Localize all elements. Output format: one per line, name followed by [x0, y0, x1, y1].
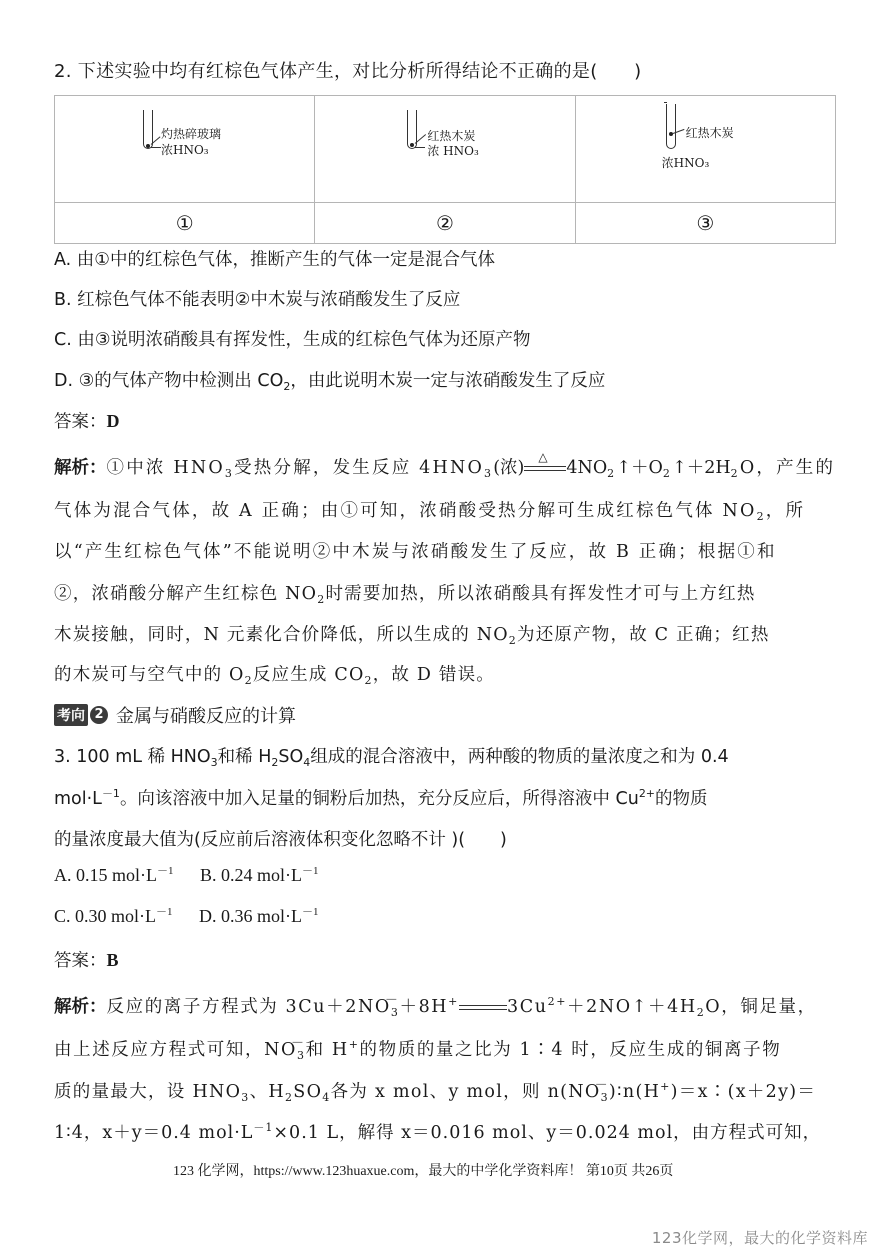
- experiment-figure-3: 红热木炭 浓HNO₃: [575, 96, 835, 203]
- page-footer: 123 化学网，https://www.123huaxue.com，最大的中学化…: [173, 1160, 673, 1180]
- option-a: A. 由①中的红棕色气体，推断产生的气体一定是混合气体: [54, 246, 495, 271]
- question-3-line-1: 3. 100 mL 稀 HNO3和稀 H2SO4组成的混合溶液中，两种酸的物质的…: [54, 743, 729, 768]
- figure-2-label-bottom: 浓 HNO₃: [427, 142, 478, 159]
- test-tube-icon: [666, 104, 676, 149]
- option-b: B. 红棕色气体不能表明②中木炭与浓硝酸发生了反应: [54, 286, 460, 311]
- question-2-title: 2. 下述实验中均有红棕色气体产生，对比分析所得结论不正确的是( ): [54, 57, 641, 83]
- q3-options-row-2: C. 0.30 mol·L－1 D. 0.36 mol·L－1: [54, 906, 319, 927]
- answer-value: D: [107, 411, 120, 431]
- section-title: 金属与硝酸反应的计算: [116, 702, 296, 728]
- figure-1-label-top: 灼热碎玻璃: [161, 125, 221, 142]
- figure-3-label-top: 红热木炭: [686, 124, 734, 141]
- question-3-line-3: 的量浓度最大值为(反应前后溶液体积变化忽略不计 )( ): [54, 826, 507, 851]
- q3-option-b: B. 0.24 mol·L－1: [200, 865, 319, 885]
- question-3-line-2: mol·L－1。向该溶液中加入足量的铜粉后加热，充分反应后，所得溶液中 Cu2+…: [54, 785, 708, 810]
- option-c: C. 由③说明浓硝酸具有挥发性，生成的红棕色气体为还原产物: [54, 326, 531, 351]
- section-badge-number: 2: [90, 706, 108, 724]
- figure-1-label-bottom: 浓HNO₃: [161, 141, 209, 158]
- explanation-q2-line-5: 木炭接触，同时，N 元素化合价降低，所以生成的 NO2为还原产物，故 C 正确；…: [54, 621, 770, 646]
- experiment-figure-1: 灼热碎玻璃 浓HNO₃: [55, 96, 315, 203]
- explanation-q2-line-3: 以“产生红棕色气体”不能说明②中木炭与浓硝酸发生了反应，故 B 正确；根据①和: [54, 538, 777, 563]
- section-heading: 考向 2 金属与硝酸反应的计算: [54, 702, 296, 728]
- answer-q3: 答案：B: [54, 947, 119, 972]
- explanation-q2-line-4: ②，浓硝酸分解产生红棕色 NO2时需要加热，所以浓硝酸具有挥发性才可与上方红热: [54, 580, 756, 605]
- explanation-q3-line-2: 由上述反应方程式可知，NO3－和 H+的物质的量之比为 1∶4 时，反应生成的铜…: [54, 1036, 781, 1061]
- q3-option-a: A. 0.15 mol·L－1: [54, 865, 174, 885]
- q3-option-d: D. 0.36 mol·L－1: [199, 906, 319, 926]
- experiment-figure-2: 红热木炭 浓 HNO₃: [315, 96, 575, 203]
- answer-q2: 答案：D: [54, 408, 120, 433]
- explanation-q2-line-2: 气体为混合气体，故 A 正确；由①可知，浓硝酸受热分解可生成红棕色气体 NO2，…: [54, 497, 805, 522]
- heat-equals-sign: △: [524, 463, 566, 475]
- experiment-number-1: ①: [55, 203, 315, 244]
- q3-option-c: C. 0.30 mol·L－1: [54, 906, 173, 926]
- figure-3-label-bottom: 浓HNO₃: [662, 154, 710, 171]
- option-d: D. ③的气体产物中检测出 CO2，由此说明木炭一定与浓硝酸发生了反应: [54, 367, 605, 392]
- section-badge: 考向: [54, 704, 88, 726]
- experiment-number-2: ②: [315, 203, 575, 244]
- answer-value: B: [107, 950, 119, 970]
- explanation-q2-line-1: 解析：①中浓 HNO3受热分解，发生反应 4HNO3(浓)△4NO2↑＋O2↑＋…: [54, 454, 835, 479]
- experiment-number-3: ③: [575, 203, 835, 244]
- explanation-q3-line-1: 解析：反应的离子方程式为 3Cu＋2NO3－＋8H+3Cu2+＋2NO↑＋4H2…: [54, 993, 817, 1018]
- q3-options-row-1: A. 0.15 mol·L－1 B. 0.24 mol·L－1: [54, 865, 319, 886]
- explanation-q3-line-3: 质的量最大，设 HNO3、H2SO4各为 x mol、y mol，则 n(NO3…: [54, 1078, 816, 1103]
- watermark: 123化学网，最大的化学资料库: [652, 1227, 868, 1248]
- explanation-q3-line-4: 1∶4，x＋y＝0.4 mol·L－1×0.1 L，解得 x＝0.016 mol…: [54, 1119, 821, 1144]
- experiment-table: 灼热碎玻璃 浓HNO₃ 红热木炭 浓 HNO₃ 红热木炭 浓HNO₃: [54, 95, 836, 244]
- explanation-q2-line-6: 的木炭可与空气中的 O2反应生成 CO2，故 D 错误。: [54, 661, 495, 686]
